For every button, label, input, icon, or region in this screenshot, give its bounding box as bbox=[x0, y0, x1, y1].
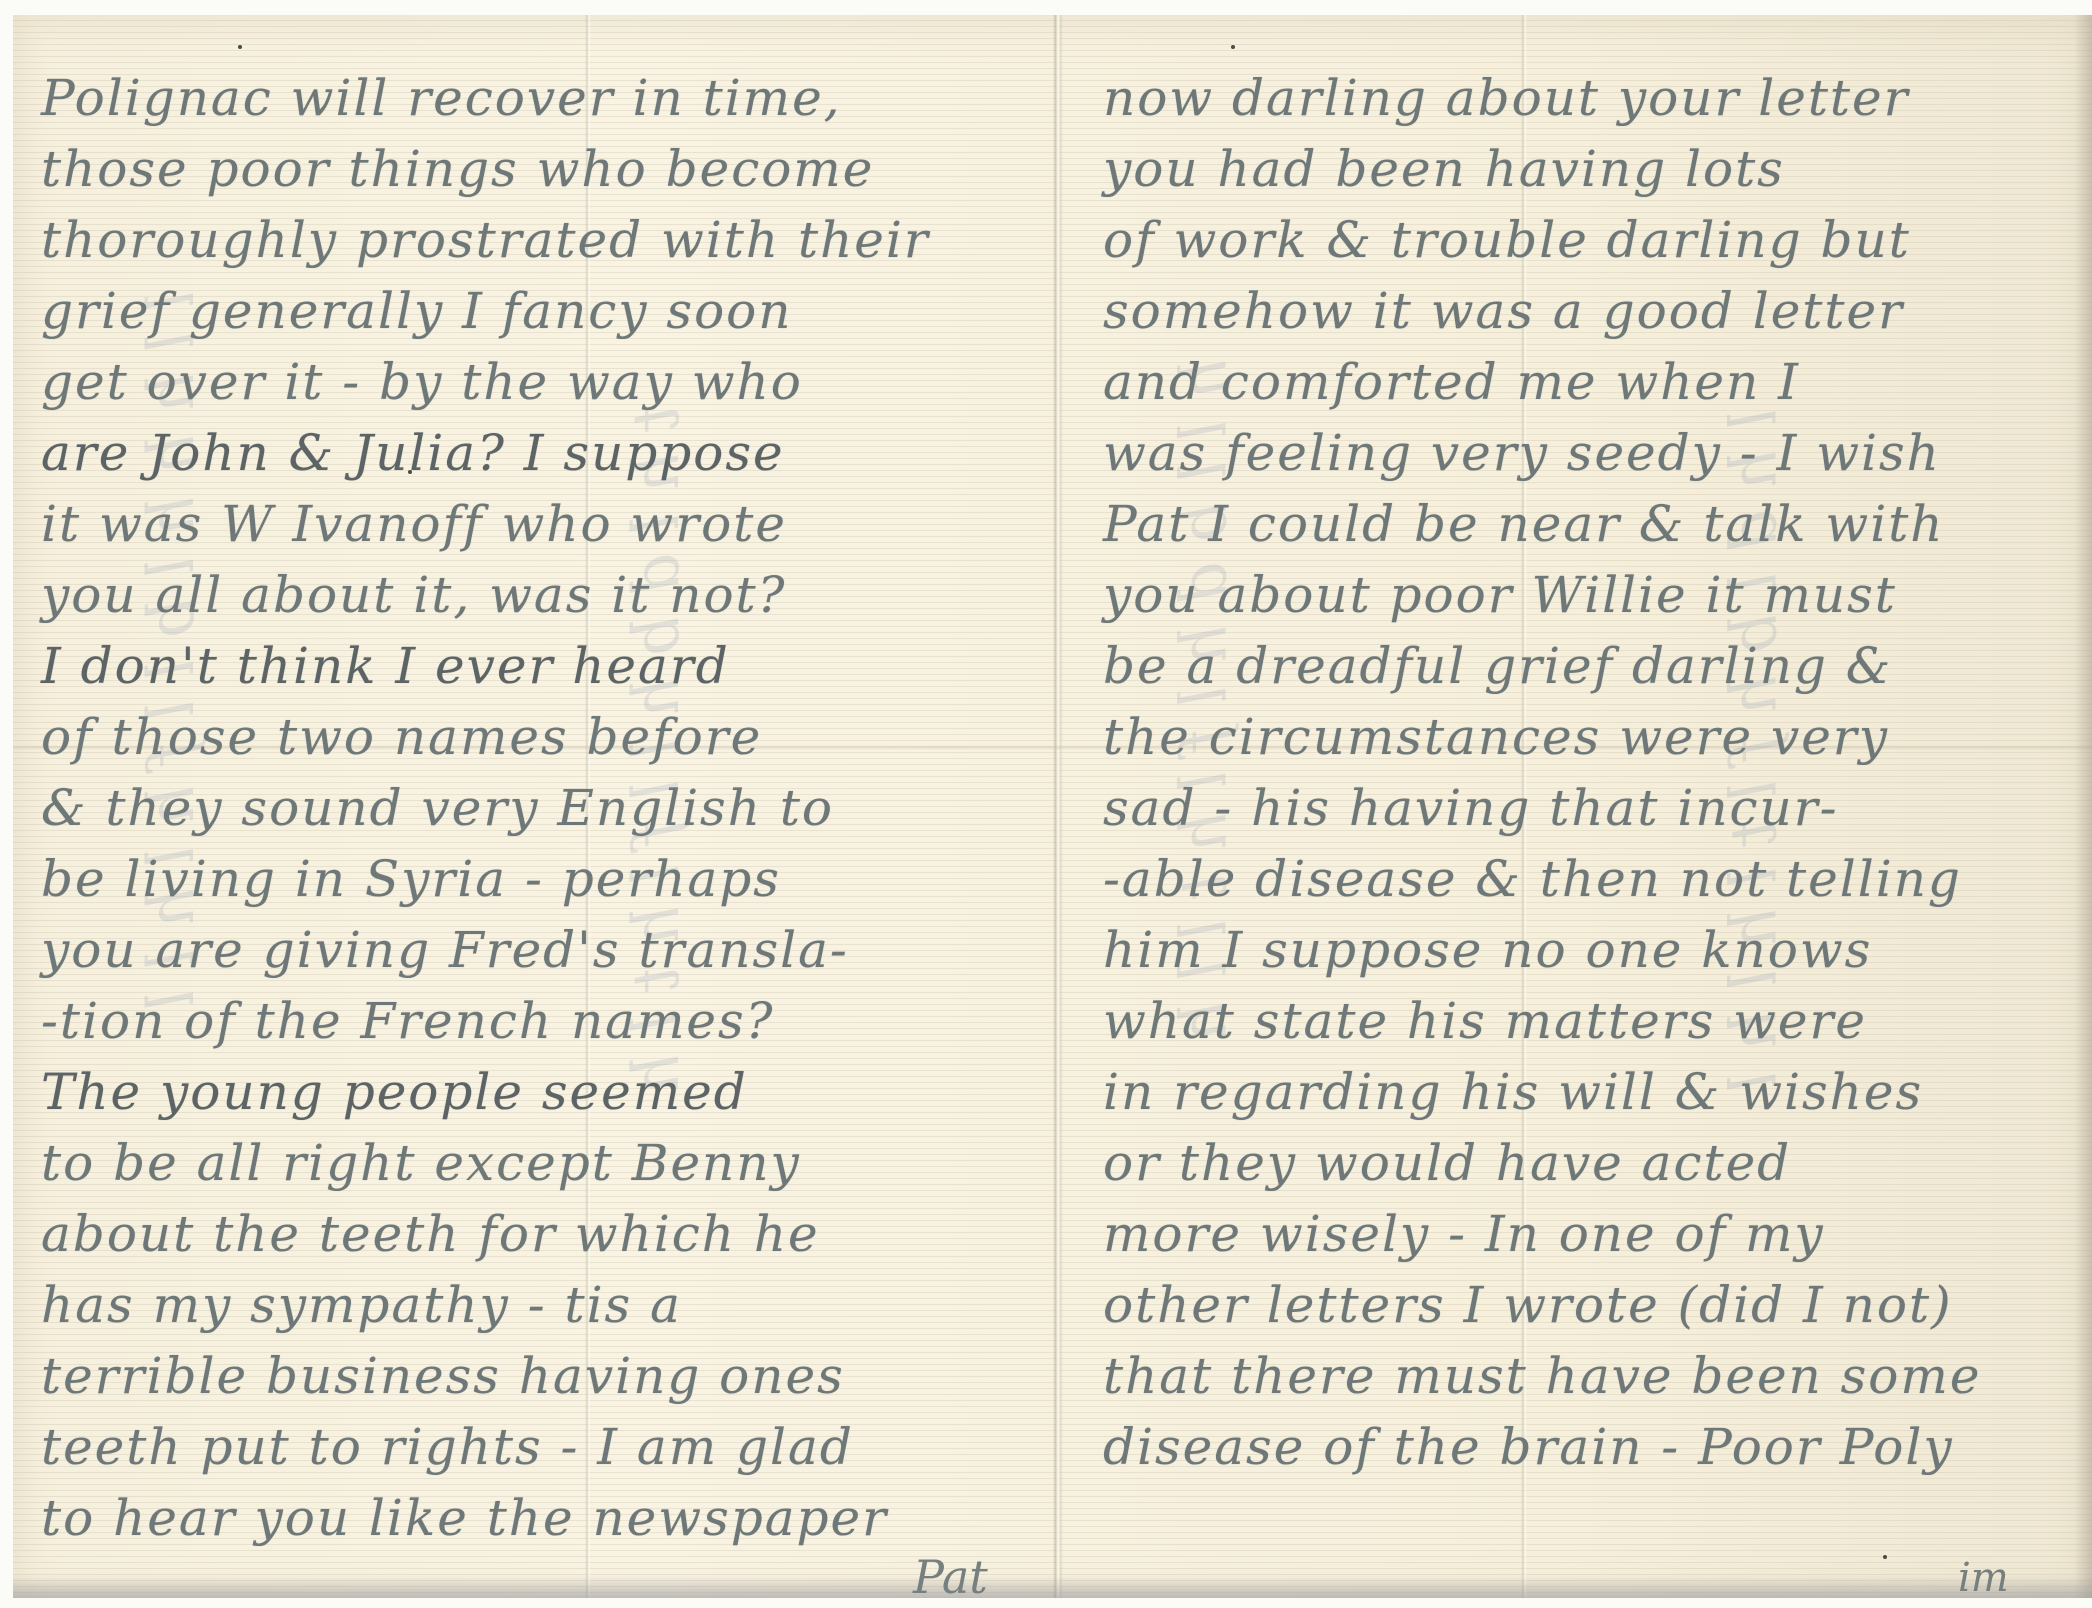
text-line: more wisely - In one of my bbox=[1103, 1199, 2092, 1270]
text-line: what state his matters were bbox=[1103, 986, 2092, 1057]
ink-speck bbox=[408, 470, 412, 474]
text-line: teeth put to rights - I am glad bbox=[41, 1412, 1061, 1483]
text-line: you had been having lots bbox=[1103, 134, 2092, 205]
text-line: be living in Syria - perhaps bbox=[41, 844, 1061, 915]
text-line: now darling about your letter bbox=[1103, 63, 2092, 134]
letter-sheet: l l h h h l b l l f h l h l l t h l d b … bbox=[13, 15, 2092, 1598]
text-line: I don't think I ever heard bbox=[41, 631, 1061, 702]
text-line: Polignac will recover in time, bbox=[41, 63, 1061, 134]
text-line: other letters I wrote (did I not) bbox=[1103, 1270, 2092, 1341]
right-column: now darling about your letter you had be… bbox=[1103, 63, 2092, 1483]
text-line: terrible business having ones bbox=[41, 1341, 1061, 1412]
text-line: to be all right except Benny bbox=[41, 1128, 1061, 1199]
text-line: him I suppose no one knows bbox=[1103, 915, 2092, 986]
text-line: and comforted me when I bbox=[1103, 347, 2092, 418]
text-line: was feeling very seedy - I wish bbox=[1103, 418, 2092, 489]
text-line: in regarding his will & wishes bbox=[1103, 1057, 2092, 1128]
text-line: it was W Ivanoff who wrote bbox=[41, 489, 1061, 560]
text-line: & they sound very English to bbox=[41, 773, 1061, 844]
text-line: or they would have acted bbox=[1103, 1128, 2092, 1199]
text-line: about the teeth for which he bbox=[41, 1199, 1061, 1270]
text-line: of those two names before bbox=[41, 702, 1061, 773]
left-column: Polignac will recover in time, those poo… bbox=[41, 63, 1061, 1554]
text-line: you are giving Fred's transla- bbox=[41, 915, 1061, 986]
text-line: to hear you like the newspaper bbox=[41, 1483, 1061, 1554]
signature: Pat bbox=[913, 1550, 988, 1604]
text-line: somehow it was a good letter bbox=[1103, 276, 2092, 347]
text-line: get over it - by the way who bbox=[41, 347, 1061, 418]
text-line: thoroughly prostrated with their bbox=[41, 205, 1061, 276]
ink-speck bbox=[1231, 45, 1235, 49]
text-line: of work & trouble darling but bbox=[1103, 205, 2092, 276]
text-line: the circumstances were very bbox=[1103, 702, 2092, 773]
ink-speck bbox=[238, 45, 242, 49]
text-line: -tion of the French names? bbox=[41, 986, 1061, 1057]
text-line: you about poor Willie it must bbox=[1103, 560, 2092, 631]
text-line: sad - his having that incur- bbox=[1103, 773, 2092, 844]
text-line: you all about it, was it not? bbox=[41, 560, 1061, 631]
text-line: be a dreadful grief darling & bbox=[1103, 631, 2092, 702]
text-line: The young people seemed bbox=[41, 1057, 1061, 1128]
text-line: those poor things who become bbox=[41, 134, 1061, 205]
text-line: -able disease & then not telling bbox=[1103, 844, 2092, 915]
text-line: disease of the brain - Poor Poly bbox=[1103, 1412, 2092, 1483]
paper-bottom-edge bbox=[13, 1576, 2092, 1598]
text-line: that there must have been some bbox=[1103, 1341, 2092, 1412]
text-line: are John & Julia? I suppose bbox=[41, 418, 1061, 489]
text-line: grief generally I fancy soon bbox=[41, 276, 1061, 347]
text-line: Pat I could be near & talk with bbox=[1103, 489, 2092, 560]
ink-speck bbox=[1883, 1555, 1887, 1559]
text-line: has my sympathy - tis a bbox=[41, 1270, 1061, 1341]
continuation-word: im bbox=[1958, 1555, 2009, 1601]
